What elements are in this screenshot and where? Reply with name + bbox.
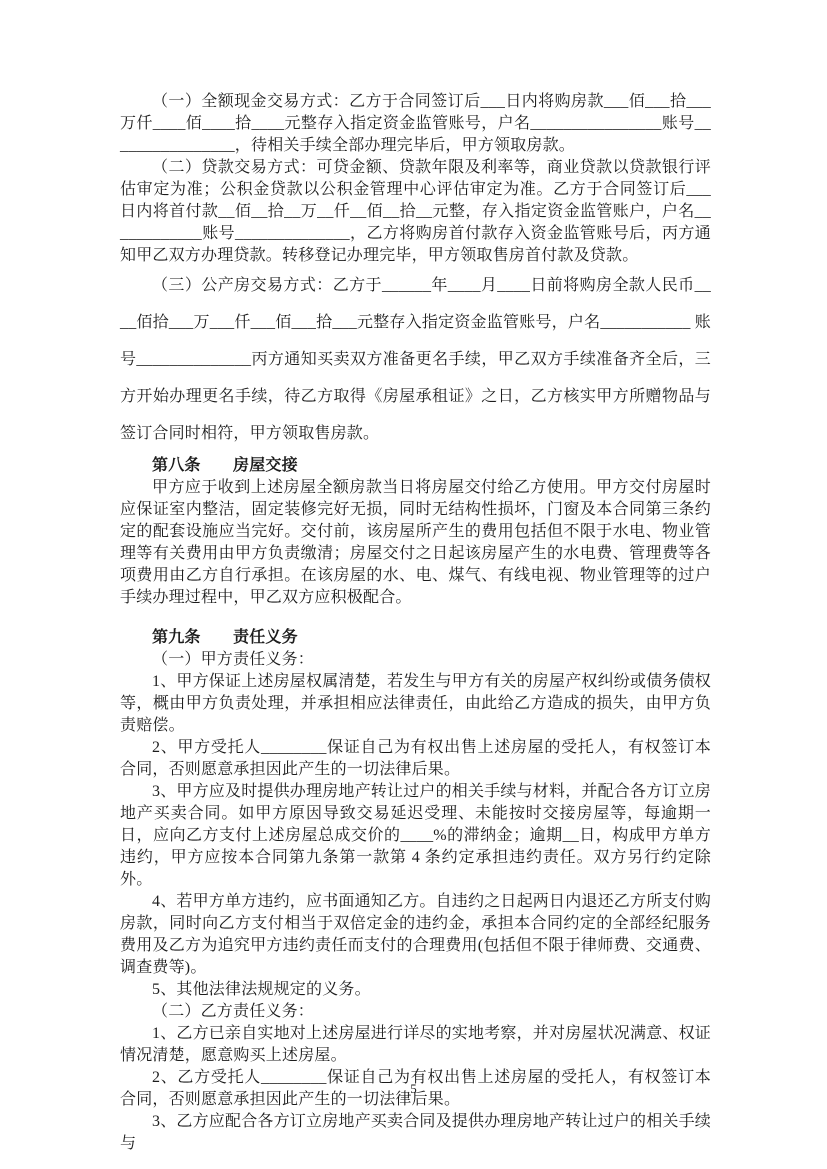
- party-a-obligation-item-1: 1、甲方保证上述房屋权属清楚，若发生与甲方有关的房屋产权纠纷或债务债权等，概由甲…: [120, 671, 711, 737]
- article-8-heading: 第八条 房屋交接: [120, 455, 711, 477]
- contract-document-page: （一）全额现金交易方式：乙方于合同签订后___日内将购房款___佰___拾___…: [0, 0, 827, 1169]
- party-b-obligation-item-3: 3、乙方应配合各方订立房地产买卖合同及提供办理房地产转让过户的相关手续与: [120, 1111, 711, 1155]
- clause-payment-loan-paragraph: （二）贷款交易方式：可贷金额、贷款年限及利率等，商业贷款以贷款银行评估审定为准；…: [120, 157, 711, 267]
- contract-body: （一）全额现金交易方式：乙方于合同签订后___日内将购房款___佰___拾___…: [120, 91, 711, 1155]
- party-a-obligation-item-3: 3、甲方应及时提供办理房地产转让过户的相关手续与材料，并配合各方订立房地产买卖合…: [120, 781, 711, 891]
- party-b-obligation-item-1: 1、乙方已亲自实地对上述房屋进行详尽的实地考察，并对房屋状况满意、权证情况清楚，…: [120, 1023, 711, 1067]
- clause-payment-cash-paragraph: （一）全额现金交易方式：乙方于合同签订后___日内将购房款___佰___拾___…: [120, 91, 711, 157]
- clause-payment-public-housing-paragraph: （三）公产房交易方式：乙方于______年____月____日前将购房全款人民币…: [120, 267, 711, 452]
- page-number: 5: [0, 1081, 827, 1097]
- article-9-heading: 第九条 责任义务: [120, 627, 711, 649]
- party-b-obligations-subheading: （二）乙方责任义务：: [120, 1001, 711, 1023]
- party-a-obligation-item-5: 5、其他法律法规规定的义务。: [120, 979, 711, 1001]
- party-a-obligations-subheading: （一）甲方责任义务：: [120, 649, 711, 671]
- party-a-obligation-item-2: 2、甲方受托人________保证自己为有权出售上述房屋的受托人，有权签订本合同…: [120, 737, 711, 781]
- article-8-body-paragraph: 甲方应于收到上述房屋全额房款当日将房屋交付给乙方使用。甲方交付房屋时应保证室内整…: [120, 477, 711, 609]
- party-a-obligation-item-4: 4、若甲方单方违约，应书面通知乙方。自违约之日起两日内退还乙方所支付购房款，同时…: [120, 891, 711, 979]
